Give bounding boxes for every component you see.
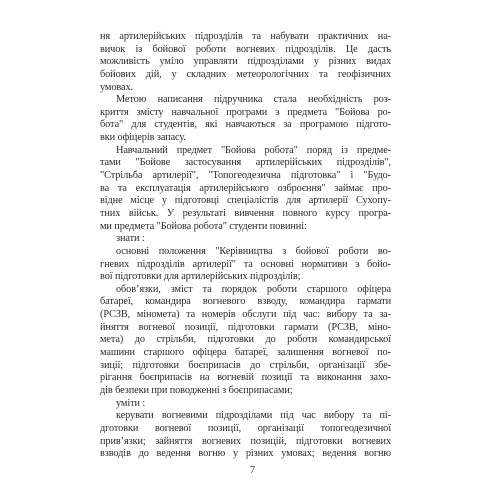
text-line: Метою написання підручника стала необхід… (100, 94, 391, 107)
text-line: відне місце у підготовці спеціалістів дл… (100, 195, 391, 208)
text-line: вої підготовки для артилерійських підроз… (100, 271, 391, 284)
text-line: вки офіцерів запасу. (100, 132, 391, 145)
text-column: ня артилерійських підрозділів та набуват… (100, 31, 391, 461)
page-number: 7 (107, 464, 398, 477)
text-line: тних військ. У результаті вивчення повно… (100, 208, 391, 221)
text-line: вичок із бойової роботи вогневих підрозд… (100, 44, 391, 57)
text-line: ня артилерійських підрозділів та набуват… (100, 31, 391, 44)
text-line: ми предмета "Бойова робота" студенти пов… (100, 221, 391, 234)
text-line: "Стрільба артилерії", "Топогеодезична пі… (100, 170, 391, 183)
text-line: можливість уміло управляти підрозділами … (100, 56, 391, 69)
text-line: Навчальний предмет "Бойова робота" поряд… (100, 145, 391, 158)
text-line: знати : (100, 233, 391, 246)
text-line: основні положення "Керівництва з бойової… (100, 246, 391, 259)
book-page: ня артилерійських підрозділів та набуват… (0, 0, 500, 500)
text-line: мета) до стрільби, підготовки до роботи … (100, 334, 391, 347)
text-line: уміти : (100, 398, 391, 411)
text-line: криття змісту навчальної програми з пред… (100, 107, 391, 120)
text-line: рігання боєприпасів на вогневій позиції … (100, 372, 391, 385)
text-line: керувати вогневими підрозділами під час … (100, 410, 391, 423)
text-line: бота" для студентів, які навчаються за п… (100, 119, 391, 132)
text-line: умовах. (100, 82, 391, 95)
text-line: дготовки вогневої позиції, організації т… (100, 423, 391, 436)
text-line: гневих підрозділів артилерії" та основні… (100, 259, 391, 272)
text-line: ва та експлуатація артилерійського озбро… (100, 183, 391, 196)
text-line: обов’язки, зміст та порядок роботи старш… (100, 284, 391, 297)
text-line: батареї, командира вогневого взводу, ком… (100, 296, 391, 309)
text-line: бойових дій, у складних метеорологічних … (100, 69, 391, 82)
text-line: зиції; підготовки боєприпасів до стрільб… (100, 360, 391, 373)
text-line: тами "Бойове застосування артилерійських… (100, 157, 391, 170)
text-line: (РСЗВ, міномета) та номерів обслуги під … (100, 309, 391, 322)
text-line: прив’язки; зайняття вогневих позицій, пі… (100, 436, 391, 449)
text-line: йняття вогневої позиції, підготовки гарм… (100, 322, 391, 335)
text-line: дів безпеки при поводженні з боєприпасам… (100, 385, 391, 398)
text-line: взводів до ведення вогню у різних умовах… (100, 448, 391, 461)
text-line: машини старшого офіцера батареї, залишен… (100, 347, 391, 360)
